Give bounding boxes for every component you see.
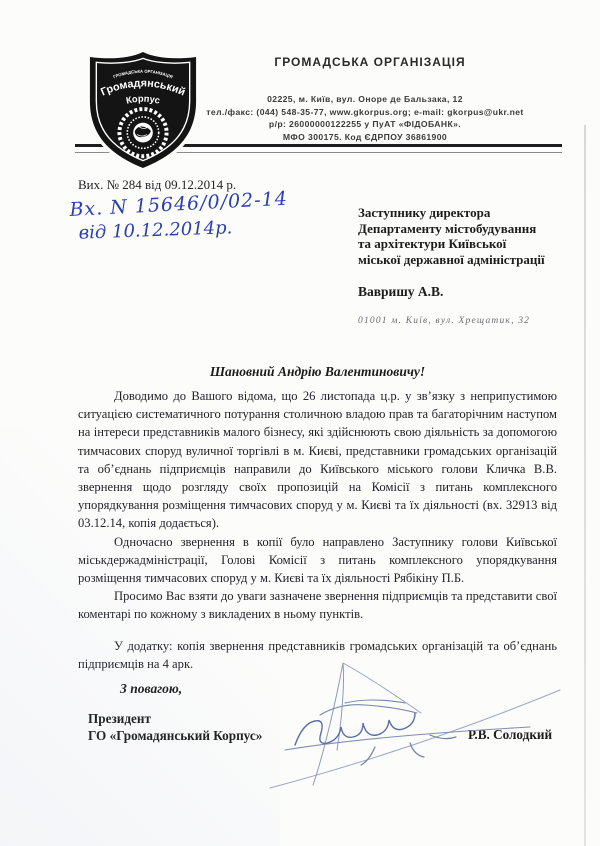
stamp-date: від 10.12.2014р. — [78, 215, 301, 244]
recipient-position-line: та архітектури Київської — [358, 236, 568, 252]
contact-bank-codes: МФО 300175. Код ЄДРПОУ 36861900 — [170, 131, 560, 144]
shield-logo-icon: ГРОМАДСЬКА ОРГАНІЗАЦІЯ Громадянський Кор… — [86, 49, 200, 173]
recipient-position-line: Заступнику директора — [358, 205, 568, 221]
body-paragraph: Просимо Вас взяти до уваги зазначене зве… — [78, 587, 557, 623]
recipient-address: 01001 м. Київ, вул. Хрещатик, 32 — [358, 316, 568, 326]
recipient-position-line: міської державної адміністрації — [358, 252, 568, 268]
contact-phone-web-email: тел./факс: (044) 548-35-77, www.gkorpus.… — [170, 106, 560, 119]
letterhead-contact-block: 02225, м. Київ, вул. Оноре де Бальзака, … — [170, 93, 560, 143]
salutation: Шановний Андрію Валентиновичу! — [78, 364, 557, 380]
scanned-letter-page: ГРОМАДСЬКА ОРГАНІЗАЦІЯ 02225, м. Київ, в… — [0, 0, 600, 846]
closing-regards: З повагою, — [120, 681, 182, 697]
body-paragraph: Доводимо до Вашого відома, що 26 листопа… — [78, 387, 557, 533]
contact-bank-account: р/р: 26000000122255 у ПуАТ «ФІДОБАНК». — [170, 118, 560, 131]
recipient-name: Вавришу А.В. — [358, 284, 568, 300]
recipient-position-line: Департаменту містобудування — [358, 221, 568, 237]
body-paragraph: Одночасно звернення в копії було направл… — [78, 533, 557, 588]
contact-address: 02225, м. Київ, вул. Оноре де Бальзака, … — [170, 93, 560, 106]
scan-edge-shadow — [584, 125, 586, 846]
handwritten-signature — [225, 655, 575, 795]
org-type-heading: ГРОМАДСЬКА ОРГАНІЗАЦІЯ — [180, 55, 560, 69]
letter-body: Доводимо до Вашого відома, що 26 листопа… — [78, 387, 557, 673]
recipient-block: Заступнику директора Департаменту містоб… — [358, 205, 568, 326]
handwritten-incoming-stamp: Вх. N 15646/0/02-14 від 10.12.2014р. — [69, 187, 301, 246]
